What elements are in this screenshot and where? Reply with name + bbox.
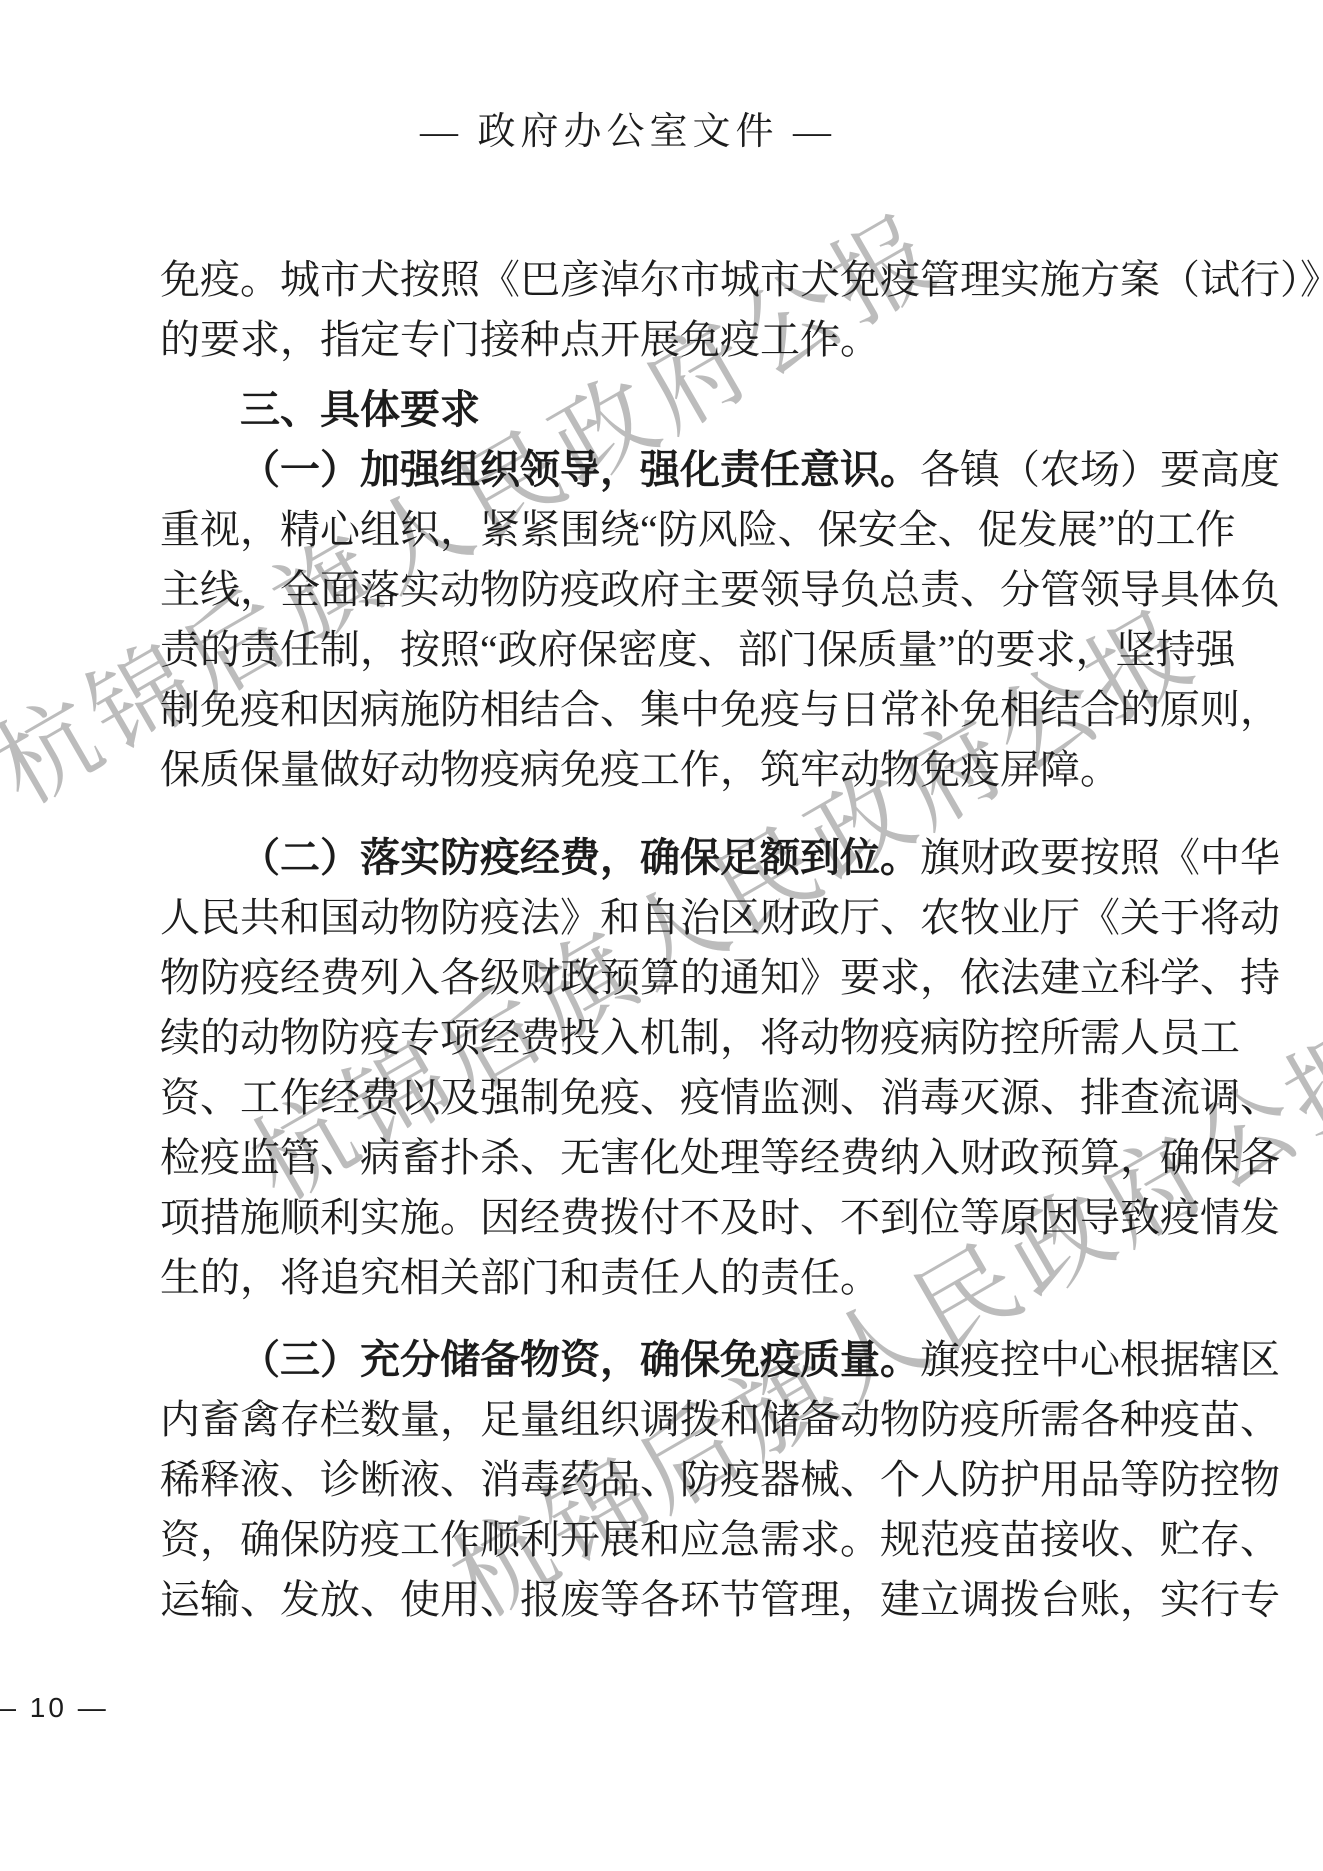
section-1-lead: （一）加强组织领导，强化责任意识。 <box>240 447 920 492</box>
section-2-lead: （二）落实防疫经费，确保足额到位。 <box>240 835 920 880</box>
section-paragraph-3: （三）充分储备物资，确保免疫质量。旗疫控中心根据辖区 内畜禽存栏数量，足量组织调… <box>160 1330 1280 1630</box>
section-3-lead: （三）充分储备物资，确保免疫质量。 <box>240 1337 920 1382</box>
paragraph-continuation: 免疫。城市犬按照《巴彦淖尔市城市犬免疫管理实施方案（试行）》 的要求，指定专门接… <box>160 250 1280 370</box>
section-paragraph-1: （一）加强组织领导，强化责任意识。各镇（农场）要高度 重视，精心组织，紧紧围绕“… <box>160 440 1280 800</box>
section-2-text: 旗财政要按照《中华 人民共和国动物防疫法》和自治区财政厅、农牧业厅《关于将动 物… <box>160 835 1280 1300</box>
document-body: 免疫。城市犬按照《巴彦淖尔市城市犬免疫管理实施方案（试行）》 的要求，指定专门接… <box>160 250 1280 1630</box>
document-page: 杭锦后旗人民政府公报 杭锦后旗人民政府公报 杭锦后旗人民政府公报 — 政府办公室… <box>0 0 1323 1871</box>
page-number: — 10 — <box>0 1692 109 1724</box>
section-paragraph-2: （二）落实防疫经费，确保足额到位。旗财政要按照《中华 人民共和国动物防疫法》和自… <box>160 828 1280 1308</box>
section-1-text: 各镇（农场）要高度 重视，精心组织，紧紧围绕“防风险、保安全、促发展”的工作 主… <box>160 447 1280 792</box>
section-heading: 三、具体要求 <box>160 380 1280 440</box>
document-header-title: — 政府办公室文件 — <box>0 100 1256 155</box>
